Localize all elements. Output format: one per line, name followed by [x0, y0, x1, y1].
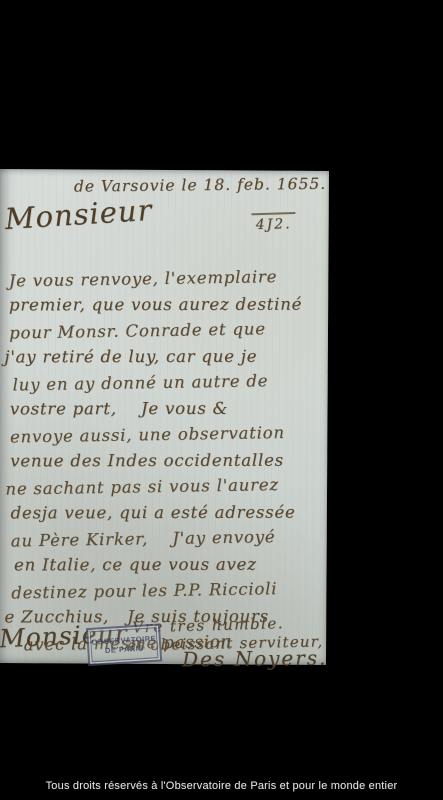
manuscript-page: de Varsovie le 18. feb. 1655. 4J2. Monsi… — [0, 169, 329, 665]
stamp-line-2: DE PARIS — [105, 644, 144, 655]
manuscript-line: en Italie, ce que vous avez — [0, 552, 328, 579]
manuscript-line: pour Monsr. Conrade et que — [0, 315, 326, 346]
manuscript-line: Je vous renvoye, l'exemplaire — [0, 263, 326, 294]
manuscript-salutation: Monsieur — [4, 193, 154, 236]
viewer-stage: de Varsovie le 18. feb. 1655. 4J2. Monsi… — [0, 0, 443, 800]
manuscript-line: desja veue, qui a esté adressée — [0, 500, 328, 527]
copyright-caption: Tous droits réservés à l'Observatoire de… — [0, 780, 443, 792]
manuscript-line: envoye aussi, une observation — [0, 419, 327, 450]
archival-shelfmark: 4J2. — [251, 212, 295, 233]
manuscript-line: au Père Kirker, J'ay envoyé — [0, 523, 328, 554]
manuscript-line: venue des Indes occidentalles — [0, 448, 327, 475]
manuscript-dateline: de Varsovie le 18. feb. 1655. — [74, 175, 326, 196]
manuscript-line: premier, que vous aurez destiné — [0, 292, 326, 319]
manuscript-body: Je vous renvoye, l'exemplaire premier, q… — [0, 265, 329, 658]
manuscript-line: vostre part, Je vous & — [0, 396, 327, 423]
observatoire-stamp: OBSERVATOIRE DE PARIS — [86, 623, 162, 666]
manuscript-line: j'ay retiré de luy, car que je — [0, 344, 326, 371]
signature: Des Noyers. — [182, 646, 328, 672]
manuscript-line: destinez pour les P.P. Riccioli — [0, 575, 328, 606]
manuscript-line: ne sachant pas si vous l'aurez — [0, 471, 328, 502]
manuscript-line: luy en ay donné un autre de — [0, 367, 327, 398]
